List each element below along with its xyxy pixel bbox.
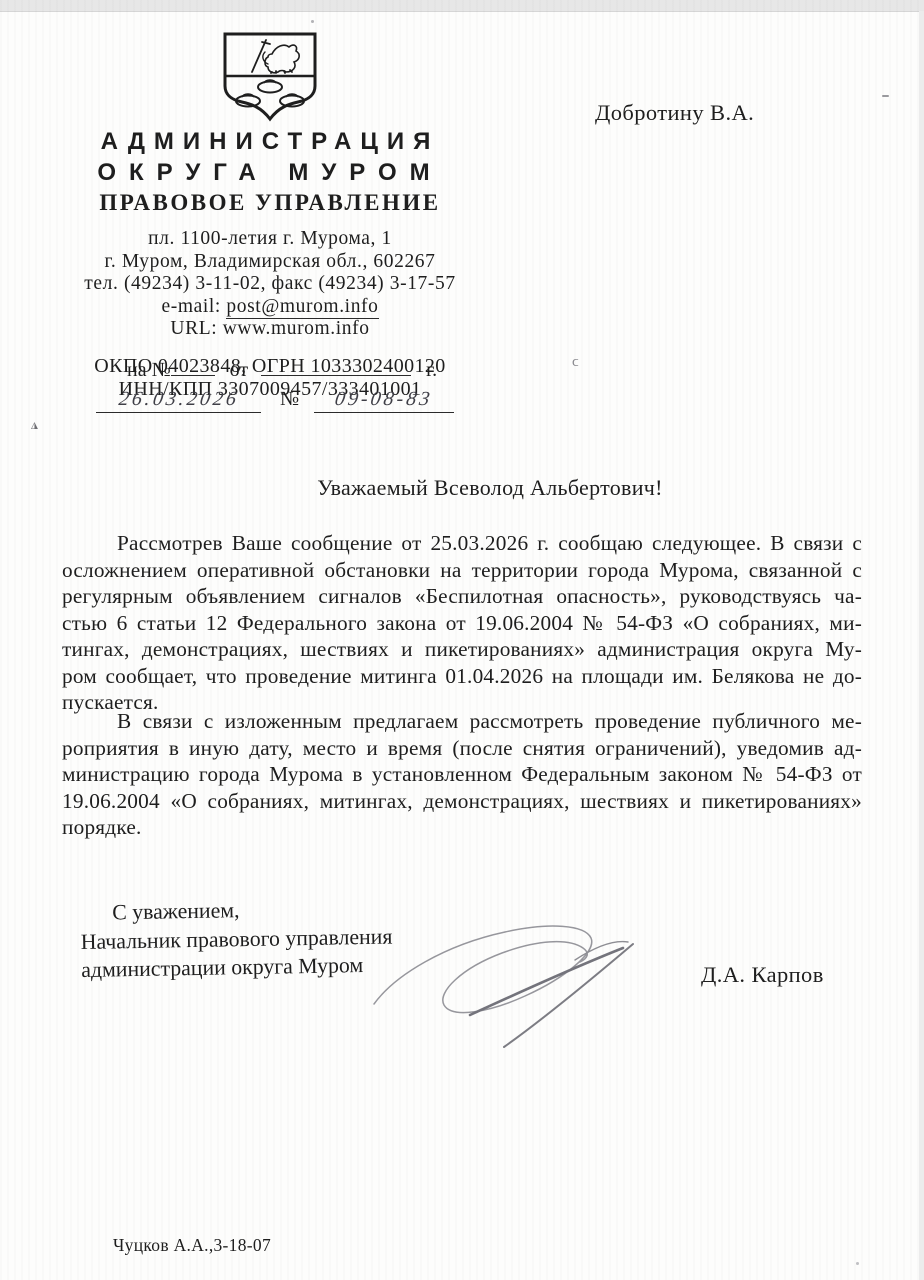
body-text-line: порядке. [62,814,862,841]
murom-coat-of-arms-icon [210,30,330,124]
signature-title-block: С уважением, Начальник правового управле… [80,894,393,985]
executor-line: Чуцков А.А.,3-18-07 [113,1235,271,1256]
g-label: г. [426,359,437,381]
body-text-line: роприятия в иную дату, место и время (по… [62,735,862,762]
scan-speckle: ◮ [31,420,38,431]
incoming-date-blank [261,357,411,376]
body-paragraph-1: Рассмотрев Ваше сообщение от 25.03.2026 … [62,530,862,716]
handwritten-number: 09-08-83 [334,388,435,411]
outgoing-reference-line: 26.03.2026 № 09-08-83 [96,388,454,413]
number-sign-label: № [280,388,299,411]
url-line: URL: www.murom.info [60,318,480,341]
body-text-line: стью 6 статьи 12 Федерального закона от … [62,610,862,637]
incoming-reference-line: на № от г. [127,357,437,382]
body-text-line: регулярным объявлением сигналов «Беспило… [62,583,862,610]
ot-label: от [230,359,248,381]
email-address: post@murom.info [226,296,378,319]
department-name: ПРАВОВОЕ УПРАВЛЕНИЕ [60,190,480,216]
address-phone-fax: тел. (49234) 3-11-02, факс (49234) 3-17-… [60,273,480,296]
body-text-line: ром сообщает, что проведение митинга 01.… [62,663,862,690]
address-city: г. Муром, Владимирская обл., 602267 [60,251,480,274]
address-street: пл. 1100-летия г. Мурома, 1 [60,228,480,251]
scanned-letter-page: АДМИНИСТРАЦИЯ ОКРУГА МУРОМ ПРАВОВОЕ УПРА… [0,0,924,1280]
letterhead: АДМИНИСТРАЦИЯ ОКРУГА МУРОМ ПРАВОВОЕ УПРА… [60,30,480,401]
email-line: e-mail: post@murom.info [60,296,480,319]
handwritten-date: 26.03.2026 [117,388,241,411]
body-text-line: Рассмотрев Ваше сообщение от 25.03.2026 … [62,530,862,557]
scan-edge-top [0,0,924,12]
body-text-line: осложнением оперативной обстановки на те… [62,557,862,584]
scan-speckle [856,1262,859,1265]
org-name-line2: ОКРУГА МУРОМ [60,159,480,187]
org-name-line1: АДМИНИСТРАЦИЯ [60,128,480,156]
address-block: пл. 1100-летия г. Мурома, 1 г. Муром, Вл… [60,228,480,341]
body-text-line: тингах, демонстрациях, шествиях и пикети… [62,636,862,663]
body-text-line: 19.06.2004 «О собраниях, митингах, демон… [62,788,862,815]
outgoing-date-field: 26.03.2026 [96,388,261,413]
scan-speckle [882,95,889,97]
scan-speckle [311,20,314,23]
scan-edge-right [919,11,924,1280]
outgoing-number-field: 09-08-83 [314,388,454,413]
body-paragraph-2: В связи с изложенным предлагаем рассмотр… [62,708,862,841]
body-text-line: министрацию города Мурома в установленно… [62,761,862,788]
email-label: e-mail: [162,296,227,317]
recipient-name: Добротину В.А. [595,100,754,126]
body-text-line: В связи с изложенным предлагаем рассмотр… [62,708,862,735]
signer-title-line2: администрации округа Муром [81,951,393,985]
handwritten-signature [360,912,660,1092]
salutation: Уважаемый Всеволод Альбертович! [70,475,910,501]
na-no-label: на № [127,359,171,381]
incoming-number-blank [171,357,215,376]
signer-name: Д.А. Карпов [701,962,824,988]
scan-speckle: ϲ [572,354,579,371]
